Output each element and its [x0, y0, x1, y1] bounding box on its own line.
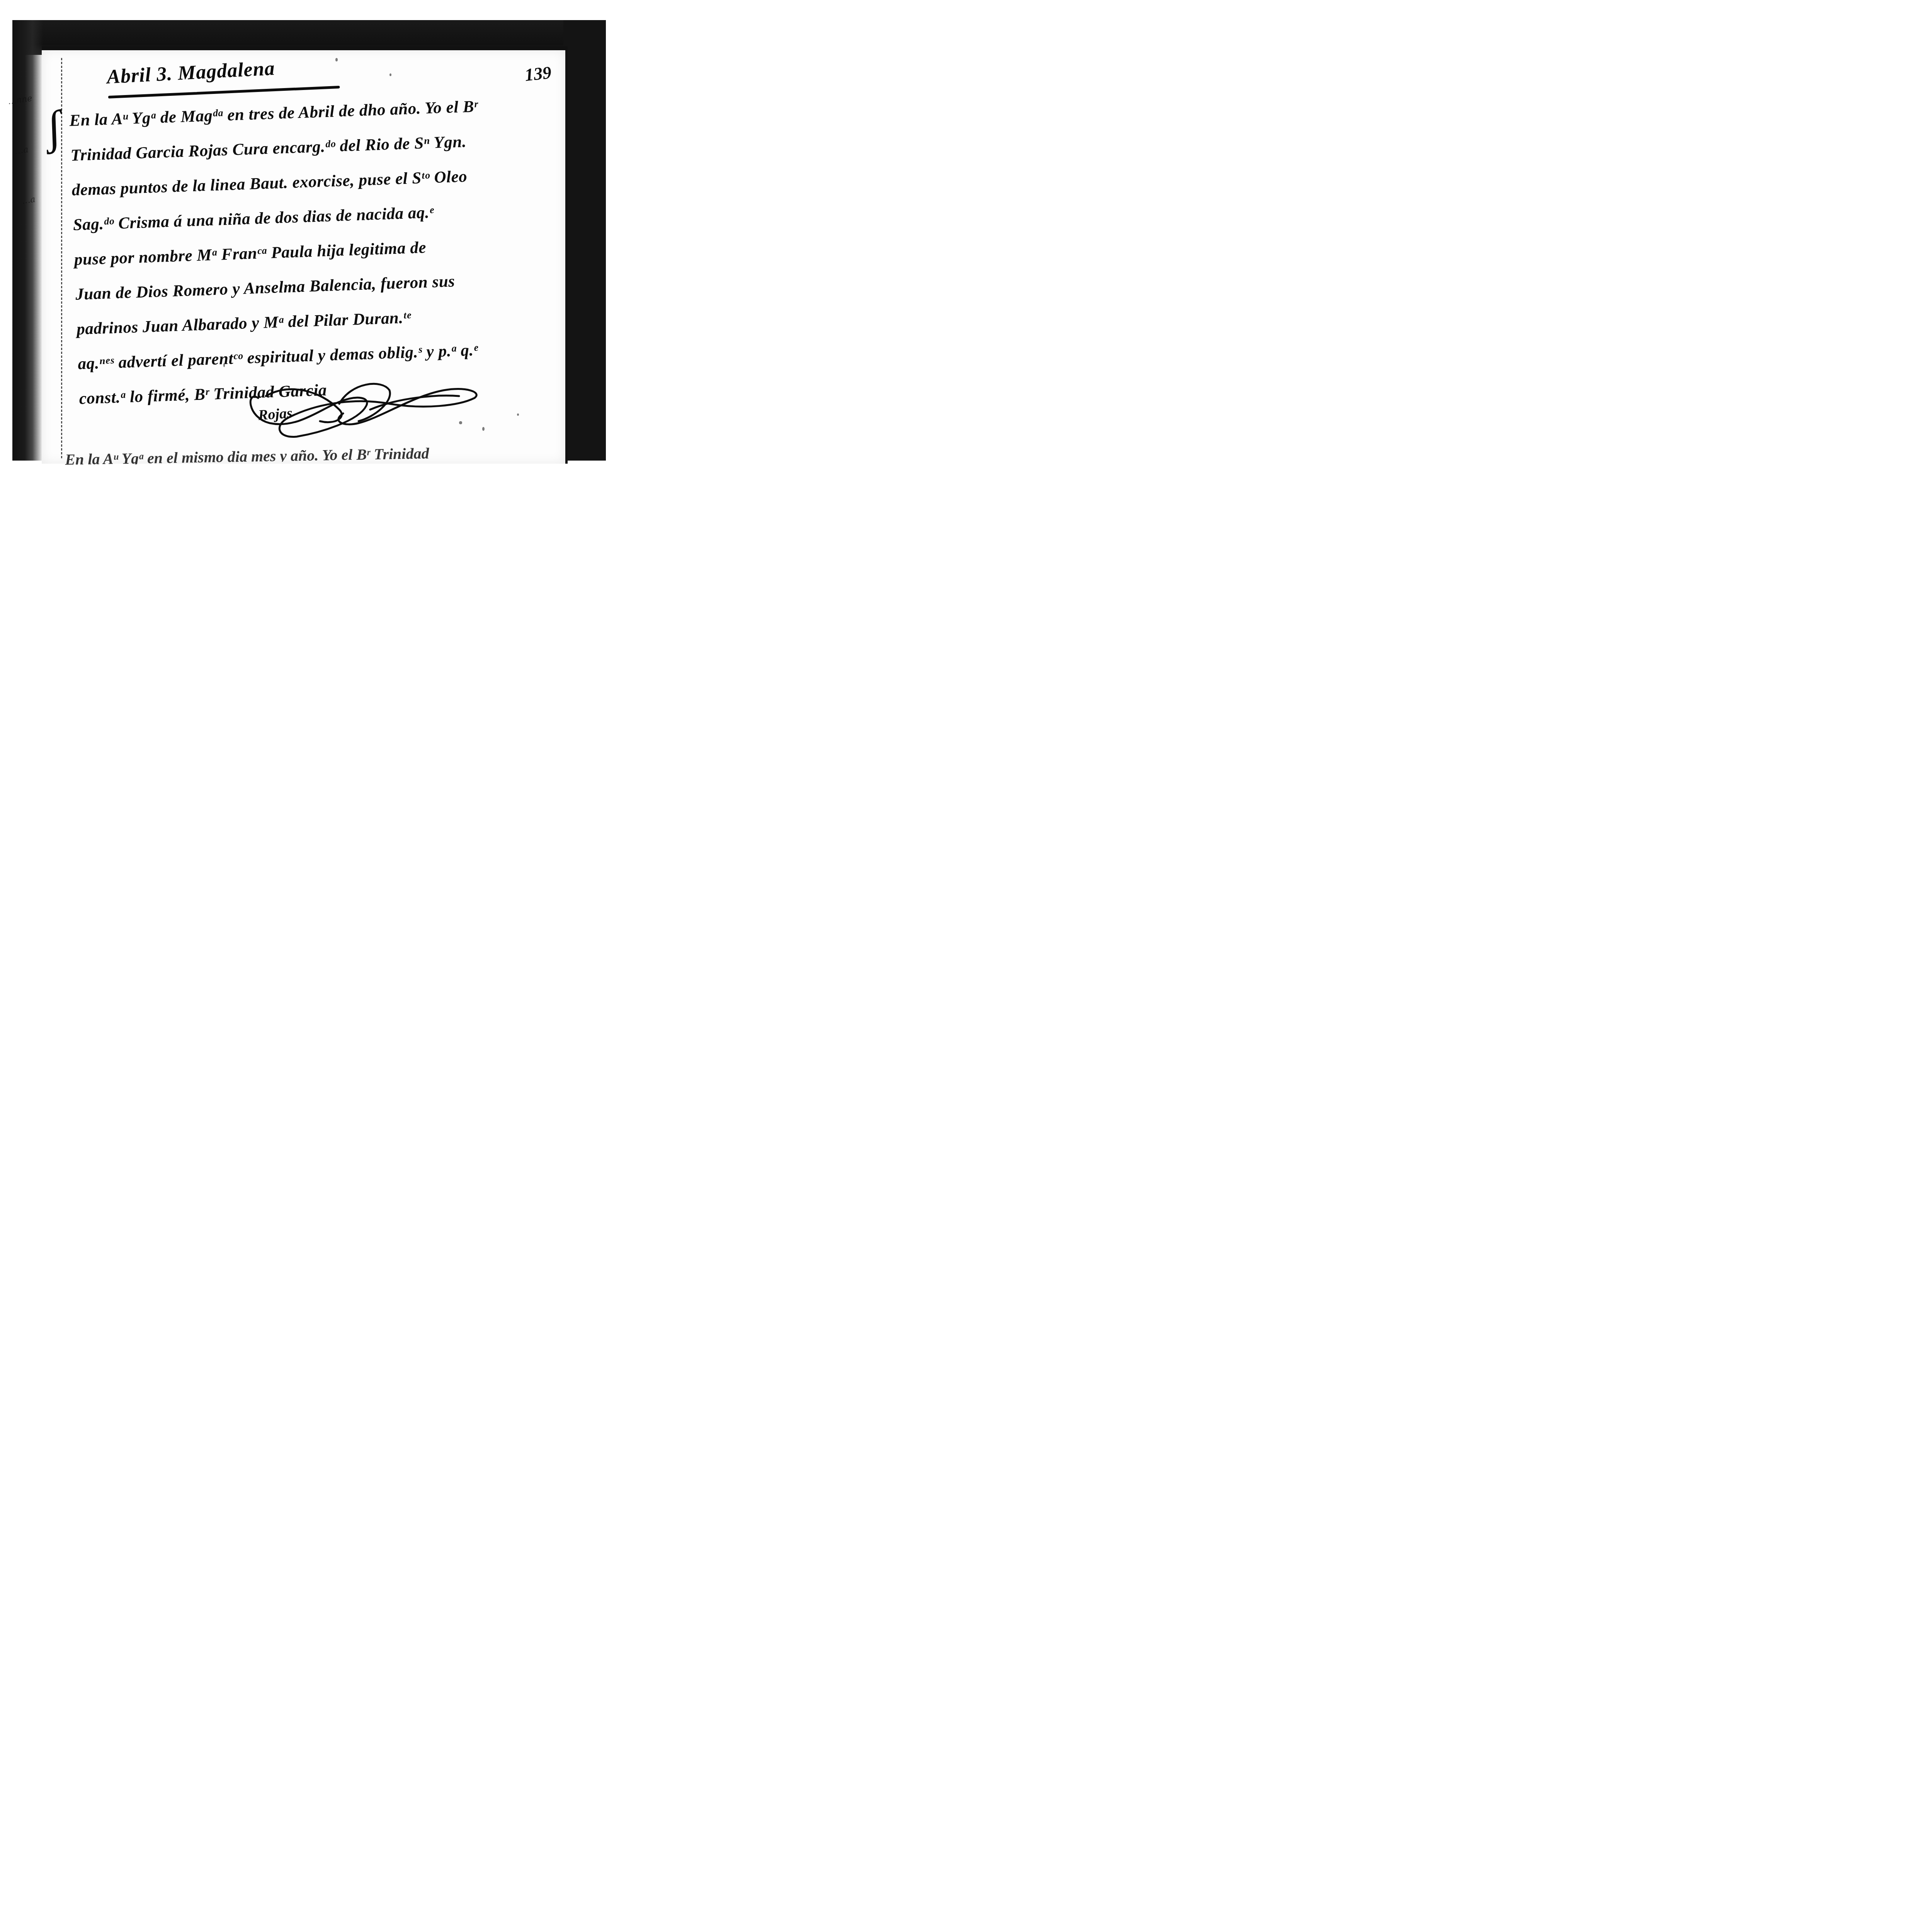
signature-rubric-icon: [243, 375, 482, 440]
entry-heading: Abril 3. Magdalena: [106, 57, 276, 88]
margin-note: …a: [19, 171, 68, 226]
entry-body: En la Aᵘ Ygᵃ de Magᵈᵃ en tres de Abril d…: [69, 87, 559, 417]
next-entry-partial: En la Aᵘ Ygᵃ en el mismo dia mes y año. …: [65, 439, 544, 465]
folio-number: 139: [524, 62, 552, 85]
margin-rule: [61, 58, 62, 460]
manuscript-page: …nne …a …a Abril 3. Magdalena 139 ʃ En l…: [42, 46, 568, 464]
scan-frame: …nne …a …a Abril 3. Magdalena 139 ʃ En l…: [0, 0, 606, 465]
scan-shadow-right: [563, 20, 606, 461]
